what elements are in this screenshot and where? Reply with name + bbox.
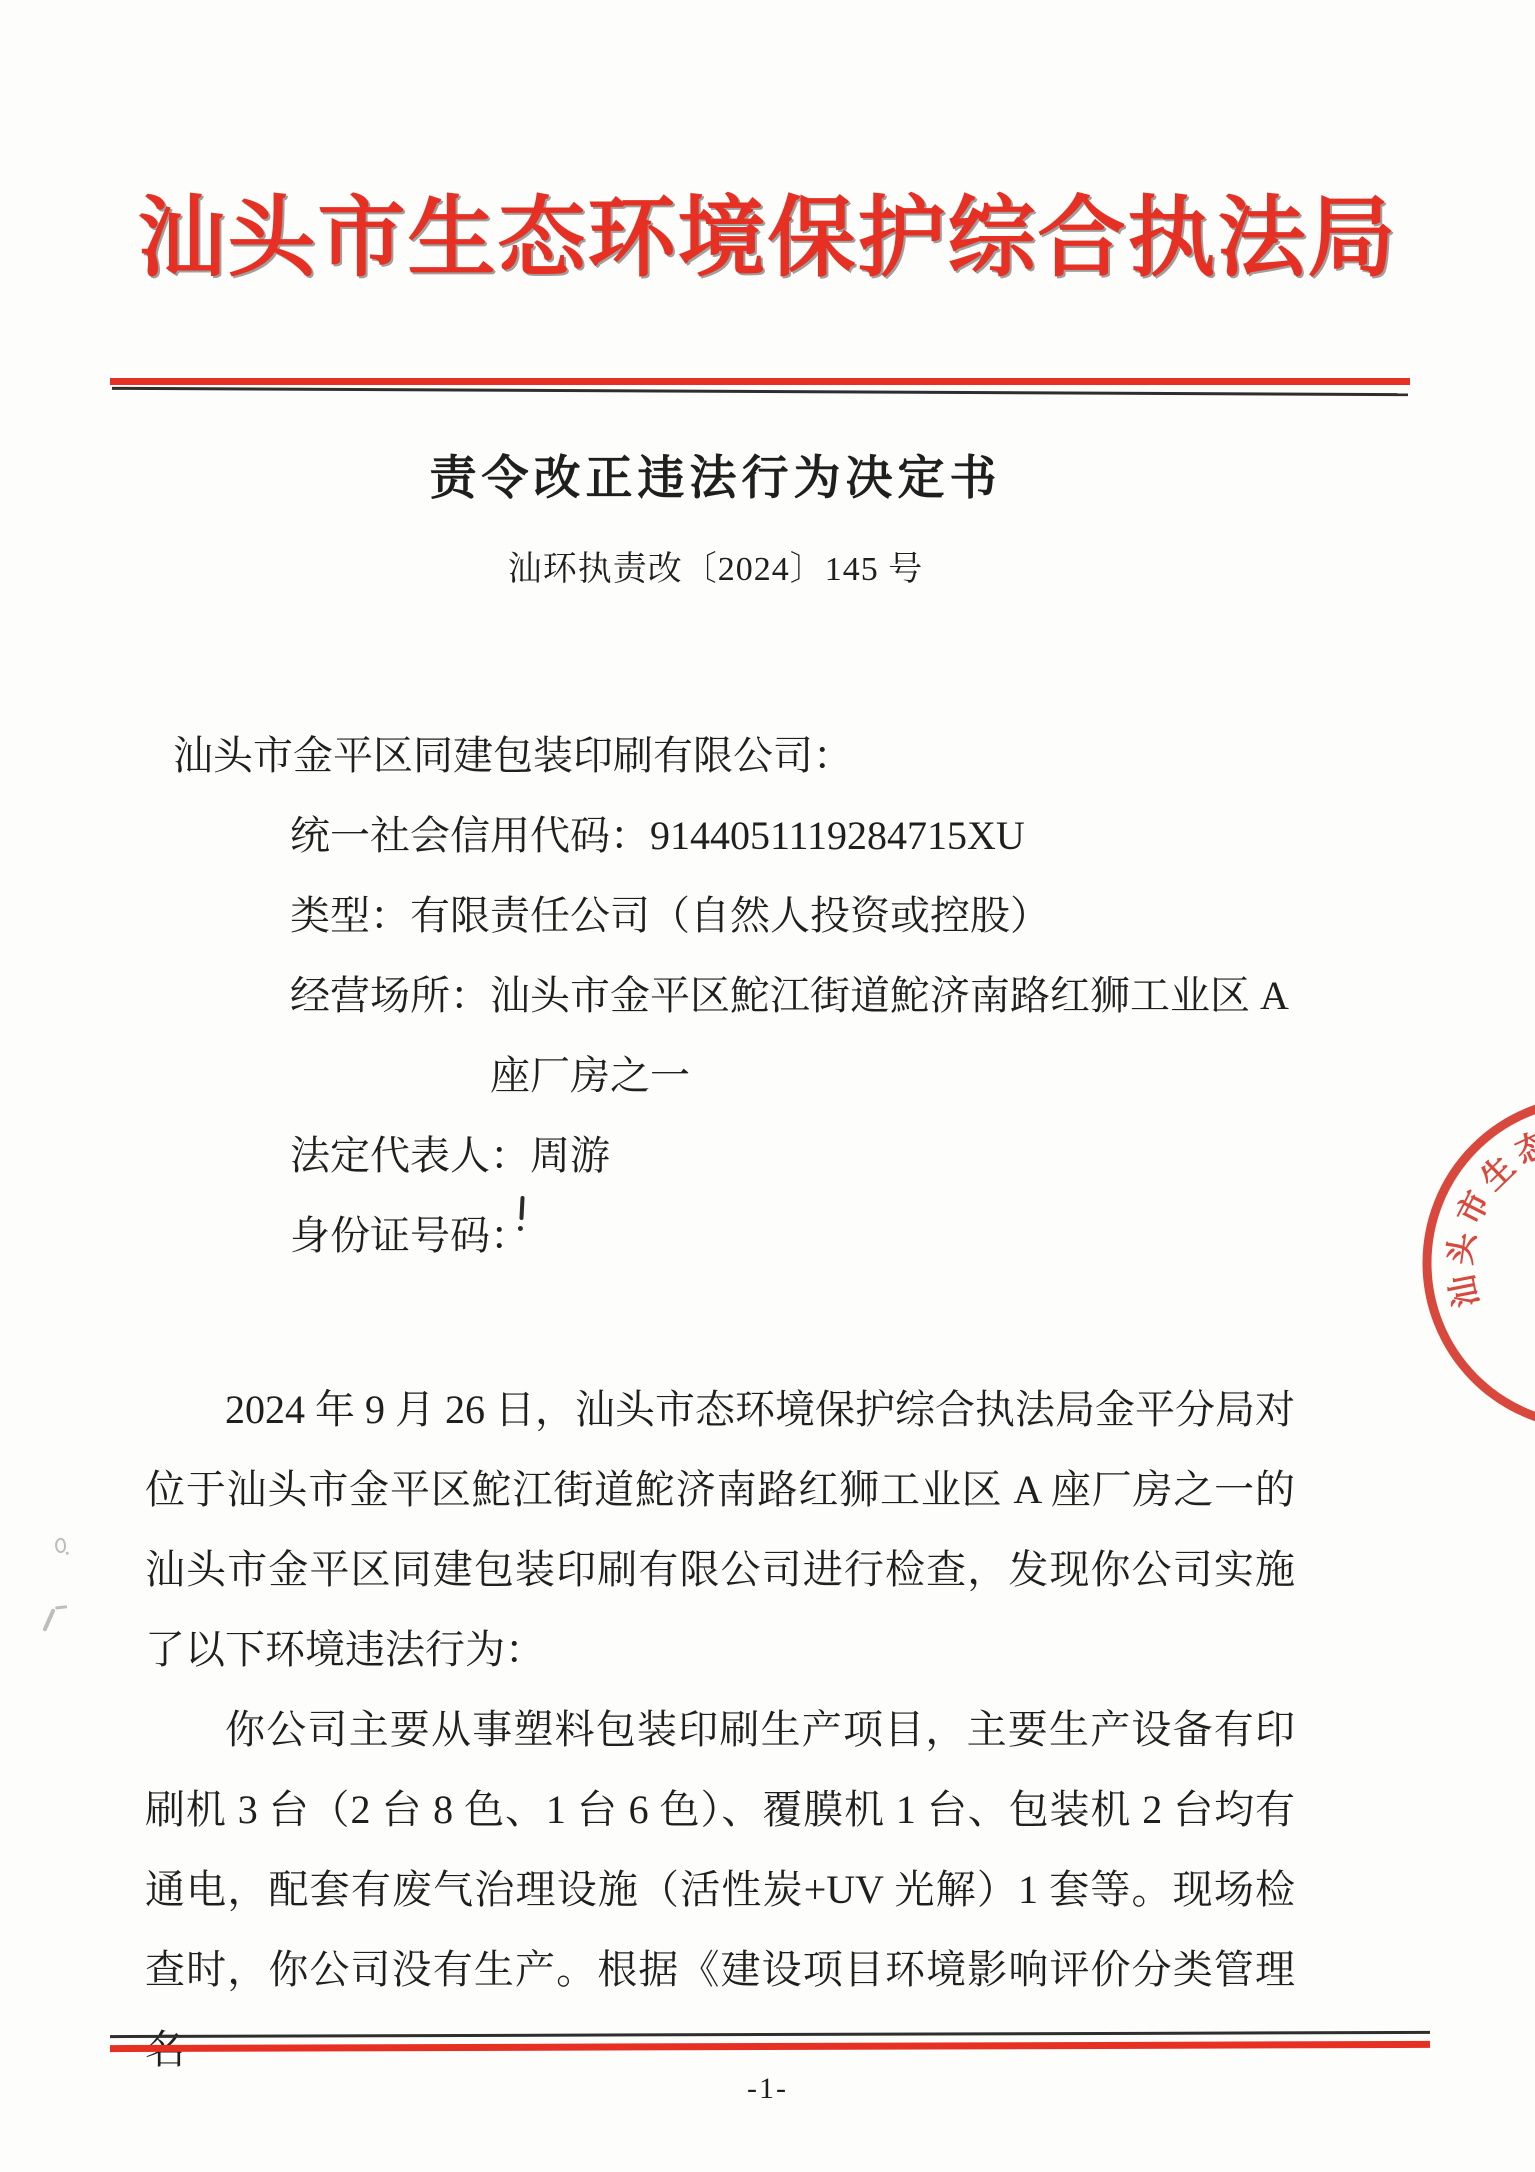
field-id-number: 身份证号码： [290, 1196, 1335, 1276]
recipient-info: 汕头市金平区同建包装印刷有限公司： 统一社会信用代码： 914405111928… [145, 716, 1335, 1276]
svg-text:汕头市生态: 汕头市生态 [1442, 1122, 1535, 1311]
field-credit-code-label: 统一社会信用代码： [290, 796, 650, 876]
paragraph-findings: 你公司主要从事塑料包装印刷生产项目，主要生产设备有印刷机 3 台（2 台 8 色… [145, 1690, 1295, 2090]
field-company-type: 类型： 有限责任公司（自然人投资或控股） [290, 876, 1335, 956]
page-number: -1- [0, 2072, 1535, 2106]
scan-artifact [42, 1608, 55, 1632]
header-divider-red [110, 378, 1410, 385]
header-divider-black [112, 387, 1408, 396]
document-number: 汕环执责改〔2024〕145 号 [0, 541, 1483, 590]
field-legal-representative-label: 法定代表人： [290, 1116, 530, 1196]
field-legal-representative: 法定代表人： 周游 [290, 1116, 1335, 1196]
field-business-address: 经营场所： 汕头市金平区鮀江街道鮀济南路红狮工业区 A 座厂房之一 [290, 956, 1335, 1116]
stamp-text: 汕头市生态 [1442, 1122, 1535, 1311]
field-credit-code: 统一社会信用代码： 9144051119284715XU [290, 796, 1335, 876]
official-stamp: 汕头市生态 [1398, 1085, 1535, 1435]
field-company-type-label: 类型： [290, 876, 410, 956]
field-id-number-label: 身份证号码： [290, 1196, 530, 1276]
scan-artifact [54, 1537, 68, 1554]
field-business-address-value: 汕头市金平区鮀江街道鮀济南路红狮工业区 A 座厂房之一 [490, 956, 1335, 1116]
field-legal-representative-value: 周游 [530, 1116, 1335, 1196]
paragraph-inspection: 2024 年 9 月 26 日，汕头市态环境保护综合执法局金平分局对位于汕头市金… [145, 1370, 1295, 1690]
agency-name: 汕头市生态环境保护综合执法局 [0, 168, 1535, 294]
document-body: 2024 年 9 月 26 日，汕头市态环境保护综合执法局金平分局对位于汕头市金… [145, 1370, 1295, 2090]
field-credit-code-value: 9144051119284715XU [650, 796, 1335, 876]
recipient-company-name: 汕头市金平区同建包装印刷有限公司： [173, 716, 1335, 796]
field-business-address-label: 经营场所： [290, 956, 490, 1116]
field-company-type-value: 有限责任公司（自然人投资或控股） [410, 876, 1335, 956]
stamp-graphic: 汕头市生态 [1398, 1085, 1535, 1435]
document-page: 汕头市生态环境保护综合执法局 责令改正违法行为决定书 汕环执责改〔2024〕14… [0, 0, 1535, 2172]
document-title: 责令改正违法行为决定书 [0, 441, 1483, 508]
field-id-number-value [530, 1196, 1335, 1276]
